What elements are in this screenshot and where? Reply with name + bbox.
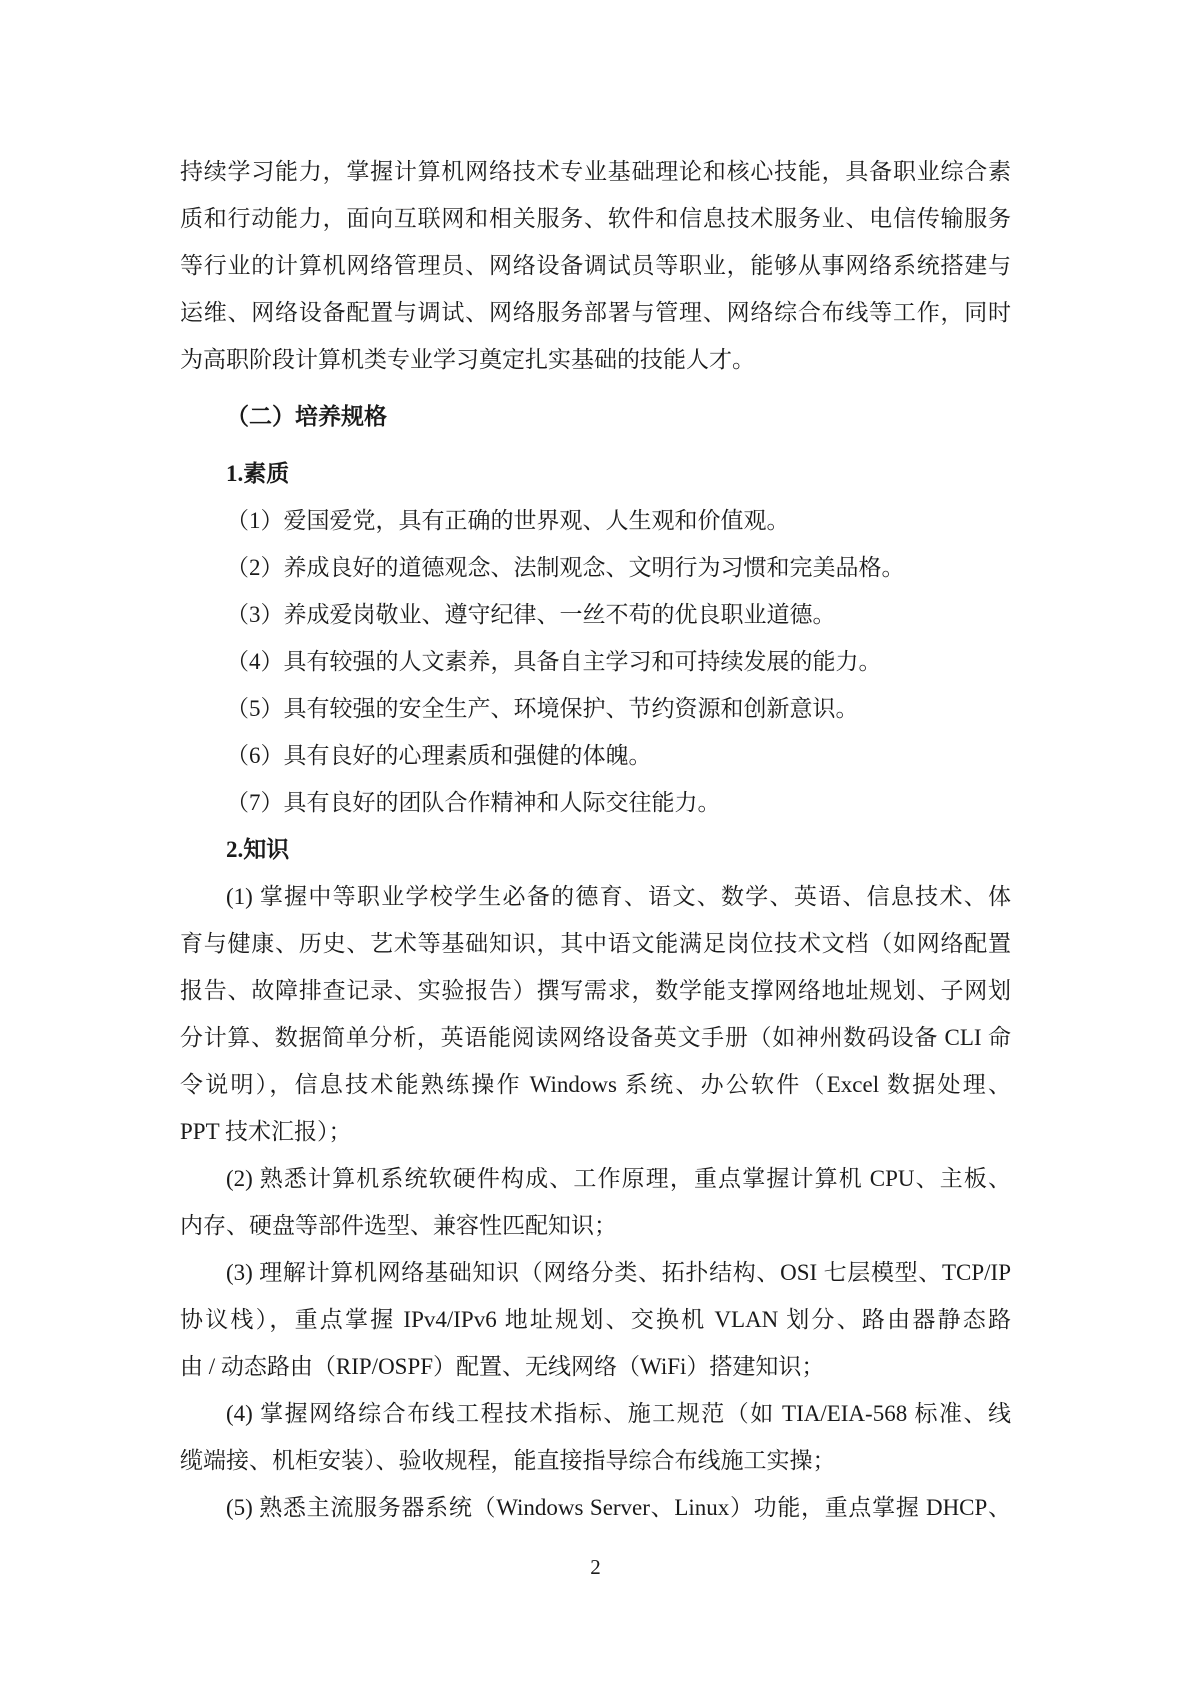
text-line: 运维、网络设备配置与调试、网络服务部署与管理、网络综合布线等工作，同时	[180, 289, 1011, 336]
quality-item-5: （5）具有较强的安全生产、环境保护、节约资源和创新意识。	[180, 685, 1011, 732]
text-line: (3) 理解计算机网络基础知识（网络分类、拓扑结构、OSI 七层模型、TCP/I…	[180, 1249, 1011, 1296]
text-line: 育与健康、历史、艺术等基础知识，其中语文能满足岗位技术文档（如网络配置	[180, 920, 1011, 967]
quality-item-2: （2）养成良好的道德观念、法制观念、文明行为习惯和完美品格。	[180, 544, 1011, 591]
text-line: 分计算、数据简单分析，英语能阅读网络设备英文手册（如神州数码设备 CLI 命	[180, 1014, 1011, 1061]
page-number: 2	[0, 1552, 1191, 1582]
knowledge-item-5: (5) 熟悉主流服务器系统（Windows Server、Linux）功能，重点…	[180, 1484, 1011, 1531]
text-line: 协议栈），重点掌握 IPv4/IPv6 地址规划、交换机 VLAN 划分、路由器…	[180, 1296, 1011, 1343]
text-line: PPT 技术汇报）；	[180, 1108, 1011, 1155]
text-line: 质和行动能力，面向互联网和相关服务、软件和信息技术服务业、电信传输服务	[180, 195, 1011, 242]
knowledge-item-3: (3) 理解计算机网络基础知识（网络分类、拓扑结构、OSI 七层模型、TCP/I…	[180, 1249, 1011, 1390]
page-body: 持续学习能力，掌握计算机网络技术专业基础理论和核心技能，具备职业综合素 质和行动…	[180, 148, 1011, 1531]
intro-paragraph: 持续学习能力，掌握计算机网络技术专业基础理论和核心技能，具备职业综合素 质和行动…	[180, 148, 1011, 383]
text-line: 等行业的计算机网络管理员、网络设备调试员等职业，能够从事网络系统搭建与	[180, 242, 1011, 289]
quality-item-4: （4）具有较强的人文素养，具备自主学习和可持续发展的能力。	[180, 638, 1011, 685]
quality-item-7: （7）具有良好的团队合作精神和人际交往能力。	[180, 779, 1011, 826]
knowledge-subheading: 2.知识	[180, 826, 1011, 873]
section-heading: （二）培养规格	[180, 393, 1011, 440]
quality-item-6: （6）具有良好的心理素质和强健的体魄。	[180, 732, 1011, 779]
text-line: 缆端接、机柜安装）、验收规程，能直接指导综合布线施工实操；	[180, 1437, 1011, 1484]
text-line: (4) 掌握网络综合布线工程技术指标、施工规范（如 TIA/EIA-568 标准…	[180, 1390, 1011, 1437]
quality-subheading: 1.素质	[180, 450, 1011, 497]
text-line: 内存、硬盘等部件选型、兼容性匹配知识；	[180, 1202, 1011, 1249]
text-line: 由 / 动态路由（RIP/OSPF）配置、无线网络（WiFi）搭建知识；	[180, 1343, 1011, 1390]
text-line: 报告、故障排查记录、实验报告）撰写需求，数学能支撑网络地址规划、子网划	[180, 967, 1011, 1014]
text-line: 令说明），信息技术能熟练操作 Windows 系统、办公软件（Excel 数据处…	[180, 1061, 1011, 1108]
text-line: (1) 掌握中等职业学校学生必备的德育、语文、数学、英语、信息技术、体	[180, 873, 1011, 920]
text-line: 持续学习能力，掌握计算机网络技术专业基础理论和核心技能，具备职业综合素	[180, 148, 1011, 195]
quality-item-1: （1）爱国爱党，具有正确的世界观、人生观和价值观。	[180, 497, 1011, 544]
text-line: (5) 熟悉主流服务器系统（Windows Server、Linux）功能，重点…	[180, 1484, 1011, 1531]
knowledge-item-4: (4) 掌握网络综合布线工程技术指标、施工规范（如 TIA/EIA-568 标准…	[180, 1390, 1011, 1484]
knowledge-item-2: (2) 熟悉计算机系统软硬件构成、工作原理，重点掌握计算机 CPU、主板、 内存…	[180, 1155, 1011, 1249]
text-line: 为高职阶段计算机类专业学习奠定扎实基础的技能人才。	[180, 336, 1011, 383]
quality-item-3: （3）养成爱岗敬业、遵守纪律、一丝不苟的优良职业道德。	[180, 591, 1011, 638]
knowledge-item-1: (1) 掌握中等职业学校学生必备的德育、语文、数学、英语、信息技术、体 育与健康…	[180, 873, 1011, 1155]
document-page: 持续学习能力，掌握计算机网络技术专业基础理论和核心技能，具备职业综合素 质和行动…	[0, 0, 1191, 1684]
text-line: (2) 熟悉计算机系统软硬件构成、工作原理，重点掌握计算机 CPU、主板、	[180, 1155, 1011, 1202]
